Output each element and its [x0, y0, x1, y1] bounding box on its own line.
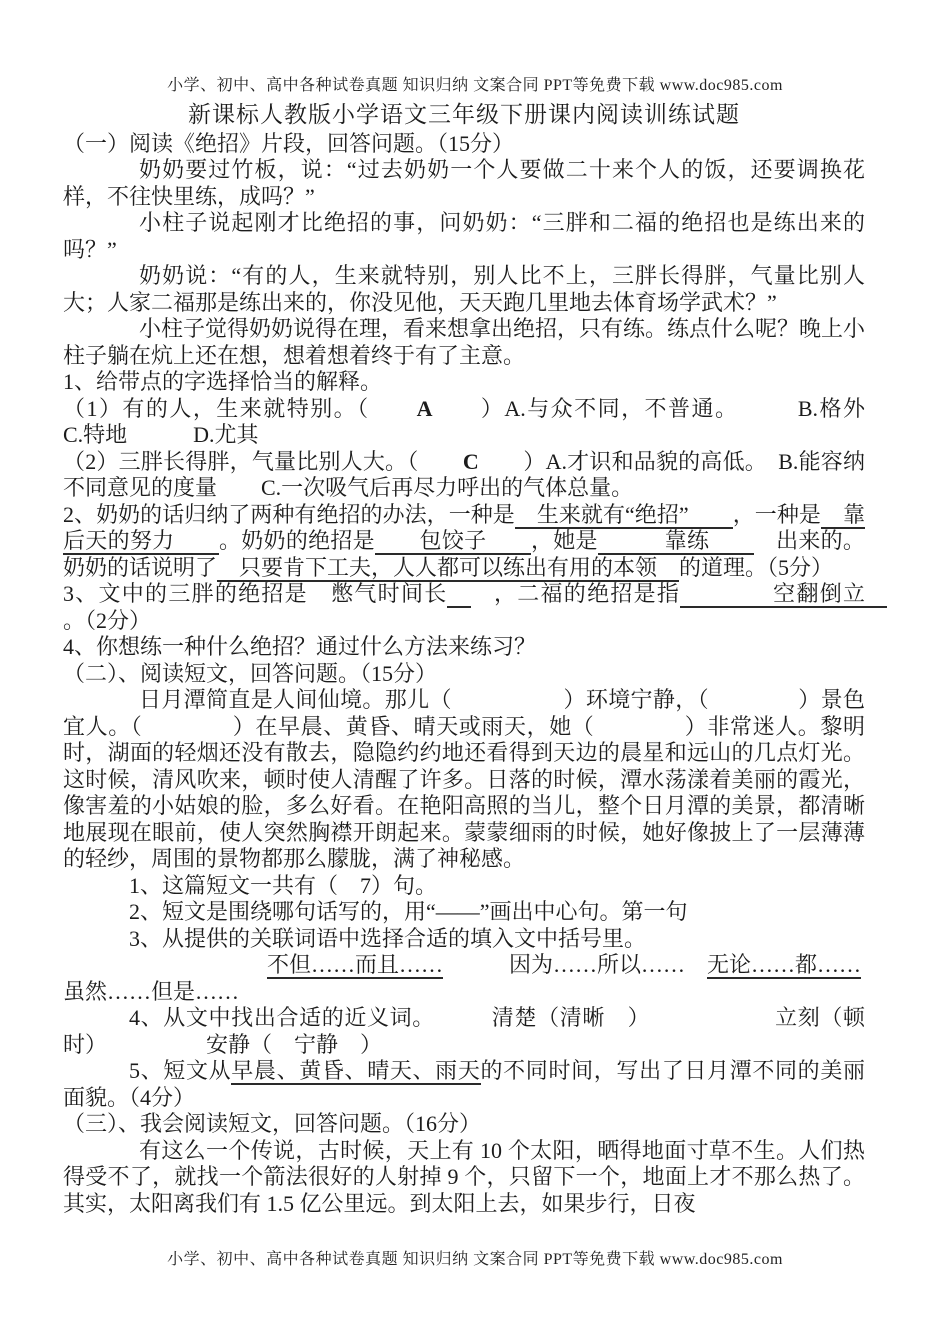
- paragraph: 1、这篇短文一共有（ 7）句。: [63, 873, 865, 900]
- underlined-answer: 空翻倒立: [680, 581, 887, 608]
- underlined-answer: 早晨、黄昏、晴天、雨天: [231, 1058, 480, 1085]
- paragraph: 1、给带点的字选择恰当的解释。: [63, 369, 865, 396]
- text-run: 4、你想练一种什么绝招？通过什么方法来练习？: [63, 634, 536, 659]
- text-run: （二）、阅读短文，回答问题。（15分）: [63, 661, 437, 686]
- paragraph: 小柱子觉得奶奶说得在理，看来想拿出绝招，只有练。练点什么呢？晚上小柱子躺在炕上还…: [63, 316, 865, 369]
- text-run: 小柱子说起刚才比绝招的事，问奶奶：“三胖和二福的绝招也是练出来的吗？”: [63, 210, 865, 262]
- underlined-answer: 无论……都……: [707, 952, 861, 979]
- text-run: 2、短文是围绕哪句话写的，用“——”画出中心句。第一句: [129, 899, 688, 924]
- text-run: 奶奶要过竹板，说：“过去奶奶一个人要做二十来个人的饭，还要调换花样，不往快里练，…: [63, 157, 865, 209]
- text-run: 3、从提供的关联词语中选择合适的填入文中括号里。: [129, 926, 646, 951]
- document-content: 新课标人教版小学语文三年级下册课内阅读训练试题 （一）阅读《绝招》片段，回答问题…: [63, 102, 865, 1217]
- paragraph: 日月潭简直是人间仙境。那儿（ ）环境宁静，（ ）景色宜人。（ ）在早晨、黄昏、晴…: [63, 687, 865, 873]
- text-run: 小柱子觉得奶奶说得在理，看来想拿出绝招，只有练。练点什么呢？晚上小柱子躺在炕上还…: [63, 316, 865, 368]
- text-run: 3、文中的三胖的绝招是 憋气时间长: [63, 581, 447, 606]
- paragraph: 2、短文是围绕哪句话写的，用“——”画出中心句。第一句: [63, 899, 865, 926]
- underlined-answer: 生来就有“绝招”: [515, 502, 733, 529]
- text-run: 1、这篇短文一共有（ 7）句。: [129, 873, 437, 898]
- paragraph: （1）有的人，生来就特别。（ A ）A.与众不同，不普通。 B.格外 C.特地 …: [63, 396, 865, 449]
- paragraph: （二）、阅读短文，回答问题。（15分）: [63, 661, 865, 688]
- text-run: （三）、我会阅读短文，回答问题。（16分）: [63, 1111, 481, 1136]
- text-run: 因为……所以……: [443, 952, 707, 977]
- paragraph: 4、从文中找出合适的近义词。 清楚（清晰 ） 立刻（顿时） 安静（ 宁静 ）: [63, 1005, 865, 1058]
- paragraph: 3、文中的三胖的绝招是 憋气时间长 ，二福的绝招是指 空翻倒立 。（2分）: [63, 581, 865, 634]
- text-run: ，一种是: [733, 502, 821, 527]
- text-run: （一）阅读《绝招》片段，回答问题。（15分）: [63, 131, 514, 156]
- paragraph: 2、奶奶的话归纳了两种有绝招的办法，一种是 生来就有“绝招” ，一种是 靠后天的…: [63, 502, 865, 582]
- header-watermark: 小学、初中、高中各种试卷真题 知识归纳 文案合同 PPT等免费下载 www.do…: [0, 72, 950, 95]
- answer-letter: A: [417, 396, 433, 421]
- paragraph: 不但……而且…… 因为……所以…… 无论……都…… 虽然……但是……: [63, 952, 865, 1005]
- text-run: （1）有的人，生来就特别。（: [63, 396, 417, 421]
- underlined-answer: 包饺子: [375, 528, 531, 555]
- answer-letter: C: [463, 449, 479, 474]
- paragraph: 奶奶要过竹板，说：“过去奶奶一个人要做二十来个人的饭，还要调换花样，不往快里练，…: [63, 157, 865, 210]
- paragraph: （三）、我会阅读短文，回答问题。（16分）: [63, 1111, 865, 1138]
- underlined-answer: 靠练: [598, 528, 754, 555]
- page-title: 新课标人教版小学语文三年级下册课内阅读训练试题: [63, 102, 865, 129]
- paragraph: 小柱子说起刚才比绝招的事，问奶奶：“三胖和二福的绝招也是练出来的吗？”: [63, 210, 865, 263]
- text-run: 。奶奶的绝招是: [219, 528, 375, 553]
- text-run: ，她是: [531, 528, 598, 553]
- text-run: 1、给带点的字选择恰当的解释。: [63, 369, 382, 394]
- text-run: 4、从文中找出合适的近义词。 清楚（清晰 ） 立刻（顿时） 安静（ 宁静 ）: [63, 1005, 865, 1057]
- underlined-answer: [447, 581, 470, 608]
- text-run: （2）三胖长得胖，气量比别人大。（: [63, 449, 463, 474]
- text-run: 奶奶说：“有的人，生来就特别，别人比不上，三胖长得胖，气量比别人大；人家二福那是…: [63, 263, 865, 315]
- text-run: 5、短文从: [129, 1058, 231, 1083]
- paragraph: 奶奶说：“有的人，生来就特别，别人比不上，三胖长得胖，气量比别人大；人家二福那是…: [63, 263, 865, 316]
- text-run: 有这么一个传说，古时候，天上有 10 个太阳，晒得地面寸草不生。人们热得受不了，…: [63, 1138, 865, 1216]
- text-run: ，二福的绝招是指: [471, 581, 680, 606]
- paragraph: （2）三胖长得胖，气量比别人大。（ C ）A.才识和品貌的高低。 B.能容纳不同…: [63, 449, 865, 502]
- test-paper-page: 小学、初中、高中各种试卷真题 知识归纳 文案合同 PPT等免费下载 www.do…: [0, 0, 950, 1344]
- paragraph: 3、从提供的关联词语中选择合适的填入文中括号里。: [63, 926, 865, 953]
- paragraph: 有这么一个传说，古时候，天上有 10 个太阳，晒得地面寸草不生。人们热得受不了，…: [63, 1138, 865, 1218]
- document-body: （一）阅读《绝招》片段，回答问题。（15分）奶奶要过竹板，说：“过去奶奶一个人要…: [63, 131, 865, 1218]
- text-run: 的道理。（5分）: [679, 555, 833, 580]
- text-run: 日月潭简直是人间仙境。那儿（ ）环境宁静，（ ）景色宜人。（ ）在早晨、黄昏、晴…: [63, 687, 865, 871]
- text-run: 2、奶奶的话归纳了两种有绝招的办法，一种是: [63, 502, 515, 527]
- text-run: 。（2分）: [63, 608, 151, 633]
- paragraph: 4、你想练一种什么绝招？通过什么方法来练习？: [63, 634, 865, 661]
- underlined-answer: 不但……而且……: [267, 952, 443, 979]
- underlined-answer: 只要肯下工夫，人人都可以练出有用的本领: [217, 555, 679, 582]
- paragraph: 5、短文从早晨、黄昏、晴天、雨天的不同时间，写出了日月潭不同的美丽面貌。（4分）: [63, 1058, 865, 1111]
- paragraph: （一）阅读《绝招》片段，回答问题。（15分）: [63, 131, 865, 158]
- footer-watermark: 小学、初中、高中各种试卷真题 知识归纳 文案合同 PPT等免费下载 www.do…: [0, 1246, 950, 1269]
